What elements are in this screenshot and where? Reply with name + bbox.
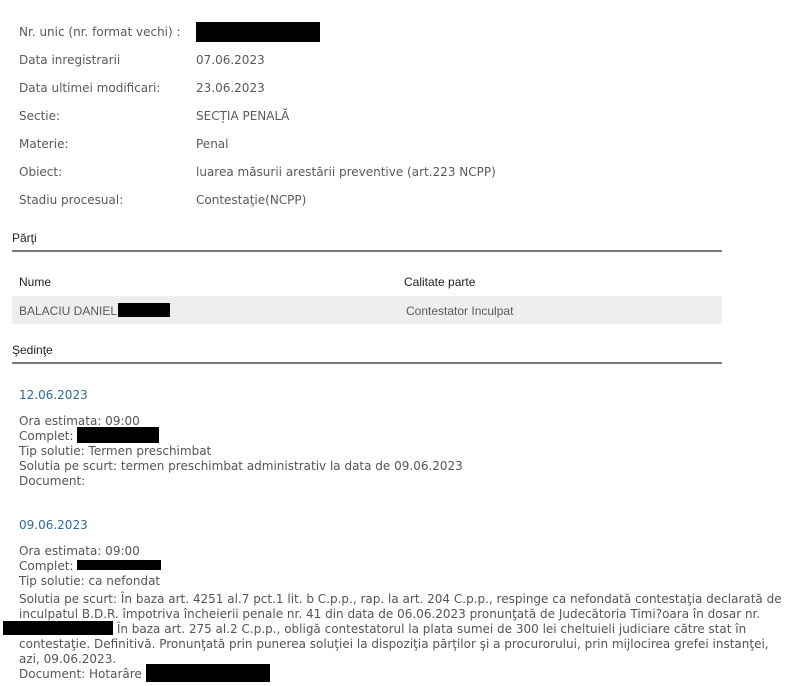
- session-item: 12.06.2023 Ora estimata: 09:00 Complet: …: [19, 388, 463, 489]
- info-value: Penal: [196, 137, 228, 151]
- info-label: Sectie:: [19, 109, 60, 123]
- info-value: SECȚIA PENALĂ: [196, 109, 289, 123]
- header-role: Calitate parte: [404, 275, 475, 289]
- info-label: Nr. unic (nr. format vechi) :: [19, 25, 181, 39]
- redacted-value: [196, 25, 320, 42]
- info-label: Data inregistrarii: [19, 53, 120, 67]
- session-solutia: Solutia pe scurt: termen preschimbat adm…: [19, 459, 463, 474]
- session-complet: Complet:: [19, 429, 463, 444]
- redacted-block: [3, 621, 113, 635]
- info-label: Materie:: [19, 137, 69, 151]
- session-tip: Tip solutie: ca nefondat: [19, 574, 161, 589]
- party-name: BALACIU DANIEL: [19, 304, 170, 318]
- session-date: 09.06.2023: [19, 518, 161, 532]
- session-solutia-text: Solutia pe scurt: În baza art. 4251 al.7…: [19, 592, 719, 682]
- parties-header-row: Nume Calitate parte: [12, 268, 722, 296]
- info-value: 23.06.2023: [196, 81, 265, 95]
- sessions-section-title: Şedinţe: [12, 343, 722, 364]
- header-name: Nume: [19, 275, 51, 289]
- parties-section-title: Părţi: [12, 231, 722, 252]
- session-document: Document:: [19, 474, 463, 489]
- info-value: 07.06.2023: [196, 53, 265, 67]
- info-value: luarea măsurii arestării preventive (art…: [196, 165, 496, 179]
- info-label: Data ultimei modificari:: [19, 81, 160, 95]
- session-ora: Ora estimata: 09:00: [19, 544, 161, 559]
- session-date: 12.06.2023: [19, 388, 463, 402]
- redacted-block: [77, 427, 159, 443]
- session-item: 09.06.2023 Ora estimata: 09:00 Complet: …: [19, 518, 161, 589]
- session-tip: Tip solutie: Termen preschimbat: [19, 444, 463, 459]
- info-label: Stadiu procesual:: [19, 193, 123, 207]
- redacted-block: [77, 560, 161, 570]
- parties-table: Nume Calitate parte BALACIU DANIEL Conte…: [12, 268, 722, 324]
- table-row: BALACIU DANIEL Contestator Inculpat: [12, 296, 722, 324]
- redacted-document-link[interactable]: [146, 664, 270, 682]
- info-value: Contestaţie(NCPP): [196, 193, 306, 207]
- session-document: Document: Hotarâre: [19, 667, 719, 682]
- redacted-block: [118, 303, 170, 317]
- party-role: Contestator Inculpat: [406, 304, 513, 318]
- info-label: Obiect:: [19, 165, 62, 179]
- session-complet: Complet:: [19, 559, 161, 574]
